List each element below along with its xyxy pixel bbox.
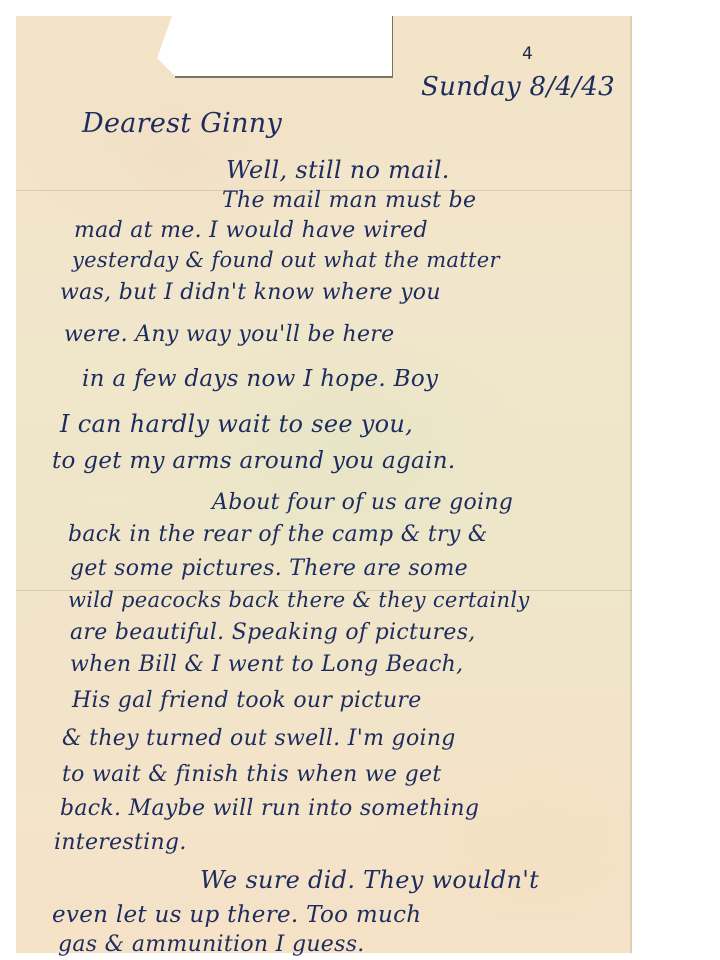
torn-cutout <box>157 16 393 78</box>
letter-line: to get my arms around you again. <box>52 448 455 474</box>
letter-line: was, but I didn't know where you <box>60 280 441 305</box>
cutout-edge <box>392 16 393 78</box>
letter-line: when Bill & I went to Long Beach, <box>70 652 463 677</box>
letter-line: gas & ammunition I guess. <box>58 932 365 957</box>
letter-line: get some pictures. There are some <box>70 556 468 581</box>
letter-line: back in the rear of the camp & try & <box>68 522 488 547</box>
letter-line: I can hardly wait to see you, <box>60 410 413 438</box>
salutation: Dearest Ginny <box>82 108 282 139</box>
letter-line: His gal friend took our picture <box>72 688 422 713</box>
cutout-edge <box>175 76 393 78</box>
letter-line: & they turned out swell. I'm going <box>62 726 456 751</box>
date-line: Sunday 8/4/43 <box>421 72 615 102</box>
letter-line: We sure did. They wouldn't <box>200 866 539 894</box>
letter-line: in a few days now I hope. Boy <box>82 366 438 392</box>
letter-line: are beautiful. Speaking of pictures, <box>70 620 476 645</box>
letter-line: were. Any way you'll be here <box>64 322 394 347</box>
letter-line: wild peacocks back there & they certainl… <box>68 588 530 612</box>
letter-line: mad at me. I would have wired <box>74 218 428 243</box>
letter-line: yesterday & found out what the matter <box>72 248 500 272</box>
letter-line: even let us up there. Too much <box>52 902 421 928</box>
letter-line: About four of us are going <box>212 490 513 515</box>
letter-line: back. Maybe will run into something <box>60 796 479 821</box>
letter-line: to wait & finish this when we get <box>62 762 442 787</box>
letter-line: Well, still no mail. <box>226 156 450 184</box>
page-number: 4 <box>522 44 533 64</box>
letter-line: interesting. <box>54 830 187 855</box>
letter-line: The mail man must be <box>222 188 476 213</box>
letter-page: 4 Sunday 8/4/43 Dearest Ginny Well, stil… <box>16 16 632 953</box>
